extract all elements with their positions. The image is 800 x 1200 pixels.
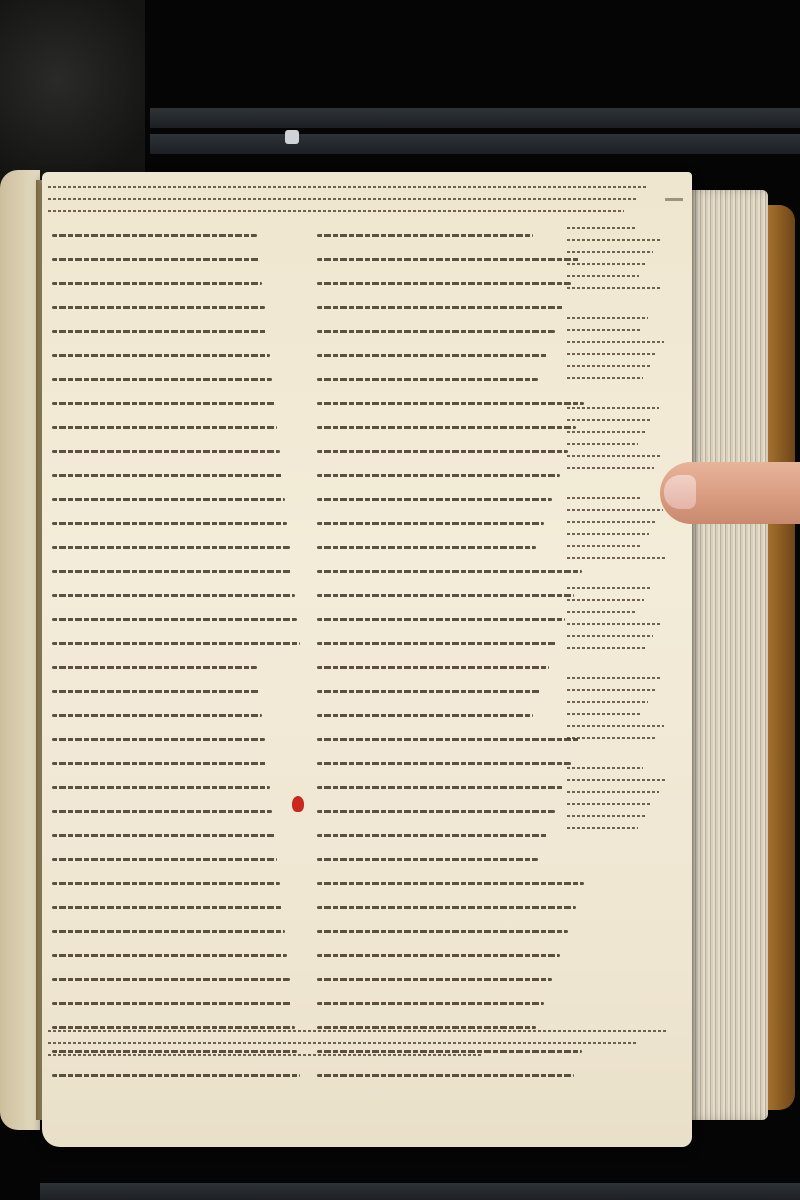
scholia-block: [567, 767, 667, 829]
rubricated-initial: [292, 796, 304, 812]
scholia-line: [567, 677, 662, 679]
scholia-line: [567, 467, 654, 469]
scholia-line: [567, 431, 645, 433]
scholia-line: [567, 275, 639, 277]
scholia-line: [567, 287, 662, 289]
text-line: [52, 978, 290, 981]
scholia-line: [567, 689, 655, 691]
right-column-text: [317, 234, 587, 1098]
text-line: [52, 738, 265, 741]
text-line: [317, 546, 536, 549]
scholia-line: [567, 455, 661, 457]
text-line: [317, 474, 560, 477]
text-line: [317, 834, 547, 837]
folio-number: [665, 198, 683, 201]
text-line: [52, 402, 275, 405]
scholia-line: [567, 317, 648, 319]
text-line: [52, 810, 272, 813]
text-line: [52, 330, 267, 333]
text-line: [52, 1026, 295, 1029]
text-line: [317, 642, 557, 645]
text-line: [317, 402, 584, 405]
text-line: [52, 474, 282, 477]
scholia-block: [567, 677, 667, 739]
scholia-line: [567, 635, 653, 637]
text-line: [52, 642, 300, 645]
text-line: [52, 930, 285, 933]
text-line: [317, 498, 552, 501]
scholia-line: [567, 623, 660, 625]
text-line: [317, 978, 552, 981]
scholia-line: [567, 725, 664, 727]
text-line: [317, 1002, 544, 1005]
text-line: [317, 786, 563, 789]
text-line: [317, 906, 576, 909]
scholia-line: [567, 341, 664, 343]
text-line: [52, 906, 282, 909]
scholia-line: [567, 497, 640, 499]
cradle-rail-top: [150, 108, 800, 128]
scholia-line: [567, 251, 653, 253]
left-page: [0, 170, 40, 1130]
text-line: [317, 930, 568, 933]
text-line: [317, 1026, 536, 1029]
page-edges: [688, 190, 768, 1120]
text-line: [317, 954, 560, 957]
text-line: [317, 882, 584, 885]
scholia-line: [567, 329, 641, 331]
text-line: [317, 858, 538, 861]
text-line: [52, 858, 277, 861]
text-line: [52, 234, 257, 237]
right-margin-scholia: [567, 227, 667, 857]
scholia-line: [567, 611, 637, 613]
text-line: [52, 594, 295, 597]
cradle-rail-top-lower: [150, 134, 800, 154]
scholia-line: [567, 521, 656, 523]
scholia-line: [567, 767, 643, 769]
scholia-line: [567, 557, 665, 559]
scholia-line: [567, 815, 645, 817]
text-line: [52, 762, 267, 765]
text-line: [317, 354, 547, 357]
scholia-block: [567, 407, 667, 469]
text-line: [317, 666, 549, 669]
text-line: [317, 594, 574, 597]
text-line: [317, 426, 576, 429]
bottom-scholia: [48, 1030, 668, 1066]
text-line: [317, 378, 538, 381]
clip-icon: [285, 130, 299, 144]
top-scholia: [48, 186, 648, 222]
scholia-line: [567, 737, 657, 739]
text-line: [52, 570, 292, 573]
text-line: [317, 522, 544, 525]
scholia-line: [567, 701, 648, 703]
left-column-text: [52, 234, 302, 1098]
scholia-line: [567, 533, 649, 535]
cradle-rail-bottom: [40, 1183, 800, 1200]
scholia-line: [567, 419, 652, 421]
text-line: [317, 618, 565, 621]
scholia-line: [567, 545, 642, 547]
text-line: [317, 570, 582, 573]
text-line: [52, 618, 297, 621]
text-line: [52, 258, 260, 261]
text-line: [317, 450, 568, 453]
thumbnail-nail: [664, 475, 696, 509]
text-line: [52, 882, 280, 885]
scholia-block: [567, 497, 667, 559]
text-line: [52, 354, 270, 357]
text-line: [317, 282, 571, 285]
text-line: [52, 306, 265, 309]
scholia-line: [567, 587, 651, 589]
text-line: [52, 426, 277, 429]
scholia-line: [567, 827, 638, 829]
text-line: [317, 810, 555, 813]
text-line: [317, 234, 533, 237]
text-line: [52, 546, 290, 549]
text-line: [317, 306, 563, 309]
scholia-block: [567, 317, 667, 379]
text-line: [52, 282, 262, 285]
text-line: [52, 834, 275, 837]
scholia-line: [567, 443, 638, 445]
text-line: [317, 738, 579, 741]
text-line: [317, 1074, 574, 1077]
scholia-line: [567, 779, 666, 781]
text-line: [317, 714, 533, 717]
text-line: [317, 258, 579, 261]
scholia-line: [567, 239, 660, 241]
scholia-line: [567, 599, 644, 601]
text-line: [52, 714, 262, 717]
scholia-line: [567, 791, 659, 793]
text-line: [52, 498, 285, 501]
text-line: [52, 690, 260, 693]
text-line: [52, 786, 270, 789]
text-line: [317, 330, 555, 333]
scholia-line: [567, 365, 650, 367]
text-line: [317, 762, 571, 765]
manuscript-page: [42, 172, 692, 1147]
scholia-block: [567, 587, 667, 649]
text-line: [52, 378, 272, 381]
text-line: [52, 954, 287, 957]
text-line: [52, 450, 280, 453]
scholia-line: [567, 353, 657, 355]
scholia-line: [567, 377, 643, 379]
text-line: [52, 1002, 292, 1005]
scholia-line: [567, 263, 646, 265]
text-line: [52, 522, 287, 525]
scholia-line: [567, 509, 663, 511]
scholia-line: [567, 227, 637, 229]
text-line: [317, 690, 541, 693]
text-line: [52, 1074, 300, 1077]
scholia-line: [567, 407, 659, 409]
scholia-line: [567, 647, 646, 649]
scholia-line: [567, 713, 641, 715]
scholia-block: [567, 227, 667, 289]
text-line: [52, 666, 257, 669]
scholia-line: [567, 803, 652, 805]
